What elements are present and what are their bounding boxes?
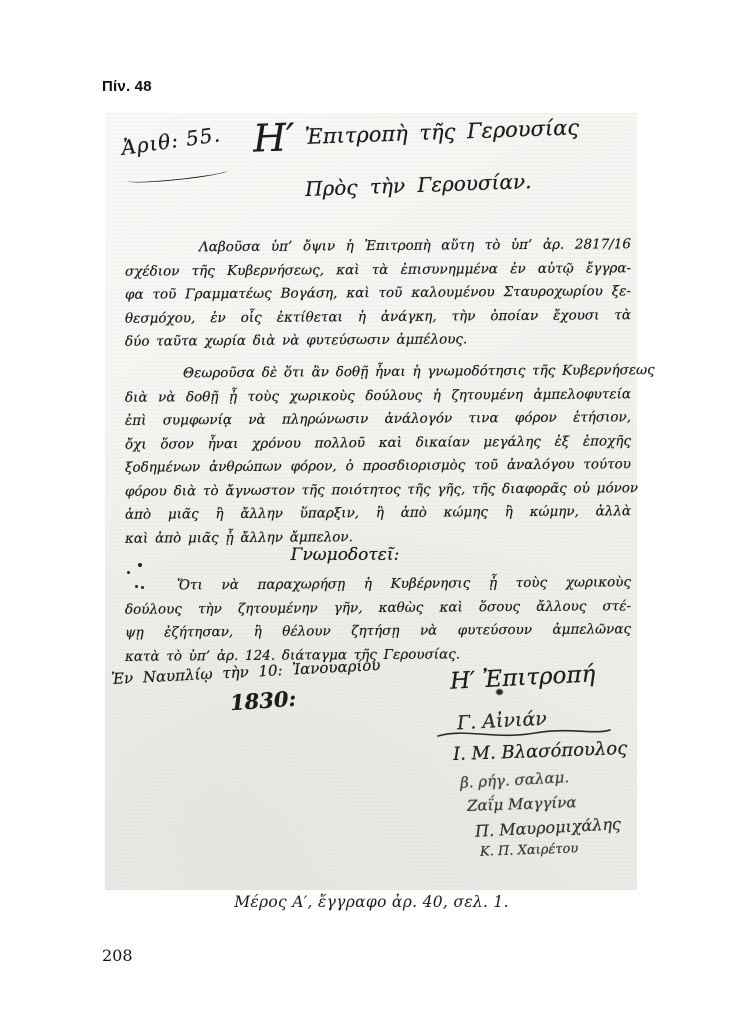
ref-number-underline (127, 166, 229, 186)
manuscript-line: δούλους τὴν ζητουμένην γῆν, καθὼς καὶ ὅσ… (125, 595, 631, 622)
signature: Π. Μαυρομιχάλης (475, 814, 622, 841)
manuscript-line: φόρου διὰ τὸ ἄγνωστον τῆς ποιότητος τῆς … (125, 477, 631, 504)
ink-speck (138, 563, 142, 567)
book-page: Πίν. 48 Ἀριθ: 55. Η′Ἐπιτροπὴ τῆς Γερουσί… (0, 0, 743, 1027)
manuscript-line: διὰ νὰ δοθῇ ᾖ τοὺς χωρικοὺς δούλους ἡ ζη… (125, 383, 631, 410)
manuscript-paragraph-3: Ὅτι νὰ παραχωρήσῃ ἡ Κυβέρνησις ᾖ τοὺς χω… (125, 573, 631, 667)
manuscript-line: ψῃ ἐζήτησαν, ἢ θέλουν ζητήσῃ νὰ φυτεύσου… (125, 618, 631, 645)
manuscript-line: ἐπὶ συμφωνίᾳ νὰ πληρώνωσιν ἀνάλογόν τινα… (125, 406, 631, 433)
manuscript-line: Θεωροῦσα δὲ ὅτι ἂν δοθῇ ἦναι ἡ γνωμοδότη… (125, 359, 631, 386)
manuscript-line: Λαβοῦσα ὑπ’ ὄψιν ἡ Ἐπιτροπὴ αὕτη τὸ ὑπ’ … (125, 233, 631, 260)
manuscript-line: ἀπὸ μιᾶς ἢ ἄλλην ὕπαρξιν, ἢ ἀπὸ κώμης ἢ … (125, 500, 631, 527)
manuscript-heading-line1: Η′Ἐπιτροπὴ τῆς Γερουσίας (253, 115, 580, 150)
manuscript-line: θεσμόχου, ἐν οἷς ἐκτίθεται ἡ ἀνάγκη, τὴν… (125, 304, 631, 331)
manuscript-paragraph-1: Λαβοῦσα ὑπ’ ὄψιν ἡ Ἐπιτροπὴ αὕτη τὸ ὑπ’ … (125, 235, 631, 353)
signature: β. ρήγ. σαλαμ. (460, 768, 570, 792)
plate-label: Πίν. 48 (102, 78, 152, 95)
manuscript-heading-line2: Πρὸς τὴν Γερουσίαν. (305, 169, 532, 201)
manuscript-paragraph-2: Θεωροῦσα δὲ ὅτι ἂν δοθῇ ἦναι ἡ γνωμοδότη… (125, 361, 631, 549)
signature: Ζαΐμ Μαγγίνα (467, 793, 577, 815)
manuscript-scan: Ἀριθ: 55. Η′Ἐπιτροπὴ τῆς Γερουσίας Πρὸς … (105, 113, 637, 890)
manuscript-line: ξοδημένων ἀνθρώπων φόρον, ὁ προσδιορισμὸ… (125, 453, 631, 480)
ink-speck (141, 586, 144, 589)
heading-initial: Η′ (252, 115, 295, 160)
resolution-heading: Γνωμοδοτεῖ: (105, 545, 585, 565)
manuscript-date-year: 1830: (229, 686, 297, 716)
manuscript-line: ὄχι ὅσον ἦναι χρόνου πολλοῦ καὶ δικαίαν … (125, 430, 631, 457)
page-number: 208 (102, 946, 133, 965)
ink-speck (496, 689, 503, 695)
signature: Ι. Μ. Βλασόπουλος (453, 738, 628, 765)
ink-speck (127, 571, 130, 574)
manuscript-line: Ὅτι νὰ παραχωρήσῃ ἡ Κυβέρνησις ᾖ τοὺς χω… (125, 571, 631, 598)
manuscript-ref-number: Ἀριθ: 55. (120, 122, 222, 160)
manuscript-line: δύο ταῦτα χωρία διὰ νὰ φυτεύσωσιν ἀμπέλο… (125, 327, 631, 354)
manuscript-line: σχέδιον τῆς Κυβερνήσεως, καὶ τὰ ἐπισυνημ… (125, 257, 631, 284)
heading-rest: Ἐπιτροπὴ τῆς Γερουσίας (304, 115, 579, 149)
figure-caption: Μέρος Α′, ἔγγραφο ἀρ. 40, σελ. 1. (0, 893, 743, 911)
ink-speck (135, 585, 138, 588)
signature: Κ. Π. Χαιρέτου (480, 841, 579, 859)
manuscript-line: φα τοῦ Γραμματέως Βογάση, καὶ τοῦ καλουμ… (125, 280, 631, 307)
